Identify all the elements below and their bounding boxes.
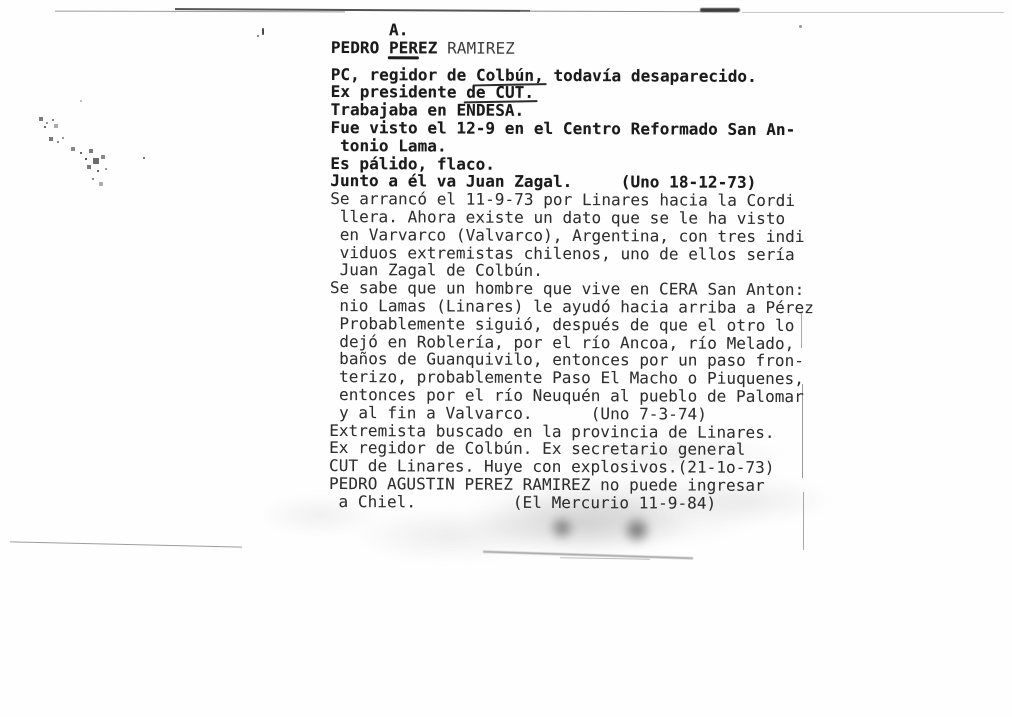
scan-edge-line xyxy=(520,11,738,13)
typed-text: Trabajaba en ENDESA. xyxy=(331,100,525,120)
entry-uno-7-3-74: Se arrancó el 11-9-73 por Linares hacia … xyxy=(329,190,850,424)
scan-edge-blotch xyxy=(700,8,740,12)
typed-text: a Chiel. (El Mercurio 11-9-84) xyxy=(329,492,716,513)
typed-text: PC, regidor de xyxy=(331,65,476,85)
stray-ink-mark xyxy=(262,28,264,35)
scan-speckle-stain xyxy=(0,0,2,2)
entry-el-mercurio-11-9-84: PEDRO AGUSTIN PEREZ RAMIREZ no puede ing… xyxy=(329,475,849,513)
entry-uno-18-12-73: PC, regidor de Colbún, todavía desaparec… xyxy=(330,66,851,193)
scan-bottom-line xyxy=(483,551,693,560)
underlined-text: de CUT. xyxy=(466,83,534,102)
typed-text: PEDRO xyxy=(331,38,389,57)
scan-bottom-line xyxy=(10,541,242,547)
typed-text: A. xyxy=(331,20,409,39)
scan-edge-line xyxy=(175,8,530,12)
text-line: PEDRO PEREZ RAMIREZ xyxy=(331,39,851,59)
header: A.PEDRO PEREZ RAMIREZ xyxy=(331,21,851,59)
typed-text: Ex presidente xyxy=(331,82,467,102)
document-page: A.PEDRO PEREZ RAMIREZPC, regidor de Colb… xyxy=(0,0,1012,717)
document-text: A.PEDRO PEREZ RAMIREZPC, regidor de Colb… xyxy=(329,21,851,513)
typed-text: todavía desaparecido. xyxy=(544,66,757,86)
scan-edge-line xyxy=(55,11,345,13)
text-line: a Chiel. (El Mercurio 11-9-84) xyxy=(329,493,849,513)
typed-text: tonio Lama. xyxy=(330,136,446,156)
scan-bottom-line xyxy=(560,557,650,560)
typed-text: RAMIREZ xyxy=(447,38,515,57)
typed-text: Es pálido, flaco. xyxy=(330,154,495,174)
typed-text xyxy=(437,38,447,57)
underlined-text: Colbún, xyxy=(476,65,544,84)
scan-edge-line xyxy=(742,12,1004,13)
underlined-text: PEREZ xyxy=(389,38,438,57)
entry-21-1o-73: Extremista buscado en la provincia de Li… xyxy=(329,422,849,478)
